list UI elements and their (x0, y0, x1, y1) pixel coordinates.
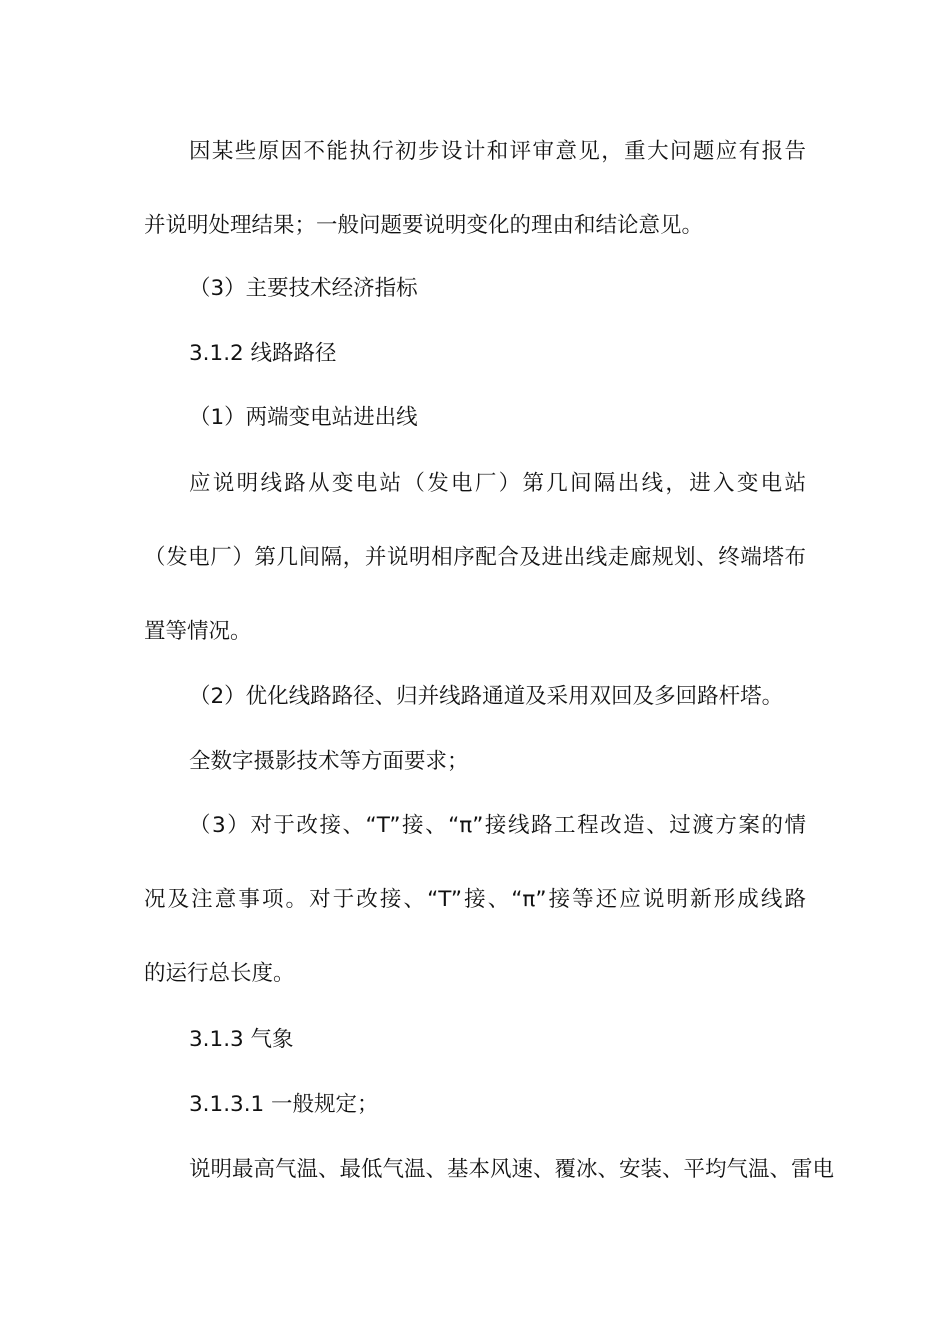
paragraph-line: 应说明线路从变电站（发电厂）第几间隔出线，进入变电站 (189, 469, 806, 499)
section-heading: 3.1.2 线路路径 (189, 339, 806, 369)
list-item-heading: （3）主要技术经济指标 (189, 274, 806, 304)
paragraph-line: 的运行总长度。 (144, 959, 806, 989)
paragraph-line: 置等情况。 (144, 617, 806, 647)
list-item-heading: （1）两端变电站进出线 (189, 403, 806, 433)
paragraph-line: 因某些原因不能执行初步设计和评审意见，重大问题应有报告 (189, 137, 806, 167)
paragraph-line: 况及注意事项。对于改接、“T”接、“π”接等还应说明新形成线路 (144, 885, 806, 915)
document-page: 因某些原因不能执行初步设计和评审意见，重大问题应有报告 并说明处理结果；一般问题… (0, 0, 950, 1344)
paragraph-line: 说明最高气温、最低气温、基本风速、覆冰、安装、平均气温、雷电 (189, 1155, 806, 1185)
paragraph-line: 并说明处理结果；一般问题要说明变化的理由和结论意见。 (144, 211, 806, 241)
paragraph-line: 全数字摄影技术等方面要求； (189, 747, 806, 777)
section-heading: 3.1.3 气象 (189, 1025, 806, 1055)
list-item-heading: （2）优化线路路径、归并线路通道及采用双回及多回路杆塔。 (189, 682, 806, 712)
subsection-heading: 3.1.3.1 一般规定； (189, 1090, 806, 1120)
list-item-paragraph: （3）对于改接、“T”接、“π”接线路工程改造、过渡方案的情 (189, 811, 806, 841)
paragraph-line: （发电厂）第几间隔，并说明相序配合及进出线走廊规划、终端塔布 (144, 543, 806, 573)
